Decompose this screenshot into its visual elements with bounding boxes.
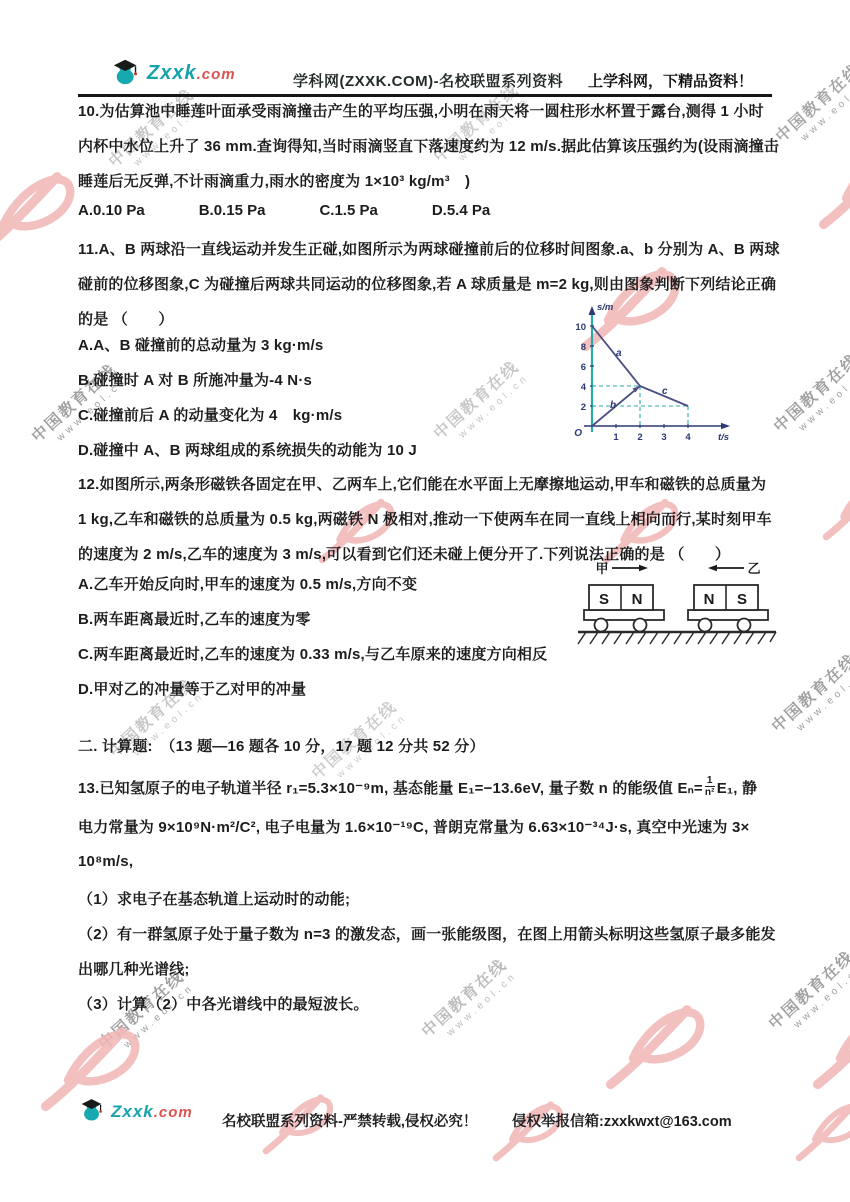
option-d: D.5.4 Pa bbox=[432, 202, 490, 219]
x-axis-arrow-icon bbox=[721, 423, 730, 429]
cart-yi: N S bbox=[688, 585, 768, 632]
header-title: 学科网(ZXXK.COM)-名校联盟系列资料 bbox=[293, 70, 563, 91]
content-layer: Zxxk.com 学科网(ZXXK.COM)-名校联盟系列资料 上学科网，下精品… bbox=[0, 0, 850, 1202]
question-line: 10.为估算池中睡莲叶面承受雨滴撞击产生的平均压强,小明在雨天将一圆柱形水杯置于… bbox=[78, 100, 784, 121]
question-line: 10⁸m/s, bbox=[78, 853, 784, 870]
wheel-icon bbox=[699, 619, 712, 632]
options-row: A.0.10 Pa B.0.15 Pa C.1.5 Pa D.5.4 Pa bbox=[78, 202, 490, 219]
y-tick: 6 bbox=[581, 362, 586, 373]
zxxk-footer-logo: Zxxk.com bbox=[80, 1096, 193, 1127]
line-c-label: c bbox=[662, 386, 668, 397]
cart-yi-label: 乙 bbox=[747, 561, 760, 576]
option-c: C.碰撞前后 A 的动量变化为 4 kg·m/s bbox=[78, 404, 558, 425]
exam-paper-page: 中国教育在线www.eol.cn 中国教育在线www.eol.cn 中国教育在线… bbox=[0, 0, 850, 1202]
x-tick: 1 bbox=[613, 432, 619, 443]
question-line: 1 kg,乙车和磁铁的总质量为 0.5 kg,两磁铁 N 极相对,推动一下使两车… bbox=[78, 508, 784, 529]
wheel-icon bbox=[595, 619, 608, 632]
line-b-label: b bbox=[610, 400, 616, 411]
x-axis-label: t/s bbox=[718, 432, 729, 443]
footer-note: 名校联盟系列资料-严禁转载,侵权必究！ bbox=[222, 1110, 477, 1131]
fraction-numerator: 1 bbox=[707, 776, 713, 786]
pole-label: N bbox=[632, 591, 643, 608]
wheel-icon bbox=[738, 619, 751, 632]
question-line: 11.A、B 两球沿一直线运动并发生正碰,如图所示为两球碰撞前后的位移时间图象.… bbox=[78, 238, 784, 259]
zxxk-cap-icon bbox=[80, 1096, 108, 1127]
question-line: 电力常量为 9×10⁹N·m²/C², 电子电量为 1.6×10⁻¹⁹C, 普朗… bbox=[78, 816, 784, 837]
option-a: A.0.10 Pa bbox=[78, 202, 145, 219]
question-line: 13.已知氢原子的电子轨道半径 r₁=5.3×10⁻⁹m, 基态能量 E₁=−1… bbox=[78, 776, 784, 798]
wheel-icon bbox=[634, 619, 647, 632]
y-tick: 10 bbox=[575, 322, 586, 333]
header-slogan: 上学科网，下精品资料！ bbox=[588, 70, 753, 91]
fraction-denominator: n² bbox=[705, 786, 715, 798]
displacement-time-graph: 2 4 6 8 10 1 2 3 4 bbox=[560, 296, 742, 458]
pole-label: S bbox=[599, 591, 609, 608]
zxxk-logo: Zxxk.com bbox=[112, 56, 236, 91]
sub-question-2: （2）有一群氢原子处于量子数为 n=3 的激发态，画一张能级图，在图上用箭头标明… bbox=[78, 923, 784, 944]
section-heading: 二. 计算题: （13 题—16 题各 10 分，17 题 12 分共 52 分… bbox=[78, 735, 784, 756]
y-tick: 8 bbox=[581, 342, 586, 353]
line-a-label: a bbox=[616, 348, 622, 359]
option-a: A.乙车开始反向时,甲车的速度为 0.5 m/s,方向不变 bbox=[78, 573, 558, 594]
y-axis-arrow-icon bbox=[589, 306, 596, 315]
ground-hatching bbox=[578, 632, 776, 644]
zxxk-cap-icon bbox=[112, 56, 144, 91]
sub-question-2-cont: 出哪几种光谱线; bbox=[78, 958, 784, 979]
x-tick: 4 bbox=[685, 432, 691, 443]
header-rule bbox=[78, 94, 772, 97]
option-c: C.两车距离最近时,乙车的速度为 0.33 m/s,与乙车原来的速度方向相反 bbox=[78, 643, 568, 664]
question-line: 碰前的位移图象,C 为碰撞后两球共同运动的位移图象,若 A 球质量是 m=2 k… bbox=[78, 273, 784, 294]
question-line: 内杯中水位上升了 36 mm.查询得知,当时雨滴竖直下落速度约为 12 m/s.… bbox=[78, 135, 784, 156]
option-c: C.1.5 Pa bbox=[319, 202, 377, 219]
cart-platform bbox=[584, 610, 664, 620]
fraction: 1 n² bbox=[705, 776, 715, 798]
q13-line1-pre: 13.已知氢原子的电子轨道半径 r₁=5.3×10⁻⁹m, 基态能量 E₁=−1… bbox=[78, 777, 703, 798]
sub-question-1: （1）求电子在基态轨道上运动时的动能; bbox=[78, 888, 784, 909]
footer-report-email: 侵权举报信箱:zxxkwxt@163.com bbox=[512, 1110, 732, 1131]
jia-arrowhead-icon bbox=[639, 565, 648, 571]
option-b: B.碰撞时 A 对 B 所施冲量为-4 N·s bbox=[78, 369, 558, 390]
carts-diagram: S N 甲 N S 乙 bbox=[576, 558, 778, 653]
option-d: D.甲对乙的冲量等于乙对甲的冲量 bbox=[78, 678, 558, 699]
pole-label: S bbox=[737, 591, 747, 608]
cart-jia: S N bbox=[584, 585, 664, 632]
x-tick: 3 bbox=[661, 432, 666, 443]
cart-platform bbox=[688, 610, 768, 620]
sub-question-3: （3）计算（2）中各光谱线中的最短波长。 bbox=[78, 993, 784, 1014]
question-line: 睡莲后无反弹,不计雨滴重力,雨水的密度为 1×10³ kg/m³ ) bbox=[78, 170, 784, 191]
y-tick: 2 bbox=[581, 402, 586, 413]
yi-arrowhead-icon bbox=[708, 565, 717, 571]
zxxk-logo-text: Zxxk.com bbox=[111, 1102, 193, 1122]
y-tick: 4 bbox=[581, 382, 587, 393]
x-tick: 2 bbox=[637, 432, 642, 443]
pole-label: N bbox=[704, 591, 715, 608]
zxxk-logo-text: Zxxk.com bbox=[147, 62, 236, 85]
q13-line1-post: E₁, 静 bbox=[717, 777, 758, 798]
option-b: B.两车距离最近时,乙车的速度为零 bbox=[78, 608, 558, 629]
option-a: A.A、B 碰撞前的总动量为 3 kg·m/s bbox=[78, 334, 558, 355]
option-d: D.碰撞中 A、B 两球组成的系统损失的动能为 10 J bbox=[78, 439, 558, 460]
cart-jia-label: 甲 bbox=[595, 561, 608, 576]
y-axis-label: s/m bbox=[597, 302, 614, 313]
origin-label: O bbox=[574, 428, 582, 439]
question-line: 12.如图所示,两条形磁铁各固定在甲、乙两车上,它们能在水平面上无摩擦地运动,甲… bbox=[78, 473, 784, 494]
option-b: B.0.15 Pa bbox=[199, 202, 266, 219]
